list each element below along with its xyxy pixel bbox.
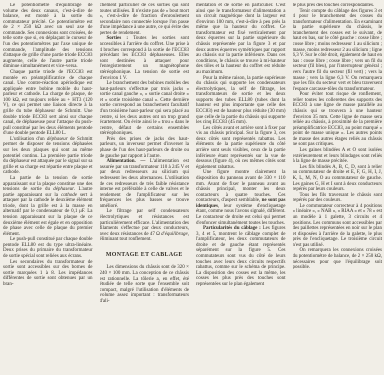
text-run: Pour la même raison, la partie supérieur… — [196, 76, 286, 126]
text-run: Sorties : — [107, 36, 129, 41]
paragraph: Tous les fils traversant le châssis sont… — [293, 193, 383, 204]
text-run: Toutes les sorties sont accessibles à l'… — [100, 36, 190, 80]
text-run: Chaque partie triode de l'ECC83 est mont… — [3, 70, 93, 136]
text-run: On remarquera les connexions croisées du… — [293, 248, 383, 270]
text-run: Le push-pull constitué par chaque double… — [3, 237, 93, 259]
text-run: Le branchement des bobines mobiles des h… — [100, 81, 190, 136]
paragraph: Alimentation. — L'alimentation est assur… — [100, 159, 190, 209]
text-run: L'utilisation d'un — [10, 137, 47, 142]
paragraph: La partie de la tension de sortie appara… — [3, 176, 93, 237]
text-run: chement particulier de ces sorties qui s… — [100, 3, 190, 36]
paragraph: Les secondaires du transformateur de sor… — [3, 260, 93, 288]
article-page: Le potentiomètre d'équilibrage de volume… — [0, 0, 384, 375]
text-run: Près des prises de jacks des haut-parleu… — [100, 137, 190, 159]
paragraph: Une figure montre clairement la disposit… — [196, 170, 286, 226]
paragraph: mentation et de sortie en particulier. C… — [196, 3, 286, 76]
text-run: Les gaines blindées A et O sont isolées … — [293, 148, 383, 164]
paragraph: Près des prises de jacks des haut-parleu… — [100, 137, 190, 159]
text-column-2: chement particulier de ces sorties qui s… — [100, 3, 190, 375]
paragraph: Pour éviter tout risque de ronflement, r… — [293, 92, 383, 148]
text-run: Les figures 3, 4 et 5, montrent le câbla… — [196, 226, 286, 287]
text-run: Les dimensions du châssis sont de 320 × … — [100, 265, 190, 303]
text-run: Le commutateur correcteur à 4 positions … — [293, 204, 383, 248]
paragraph: Le potentiomètre d'équilibrage de volume… — [3, 3, 93, 70]
text-run: déphaseur — [53, 187, 74, 192]
paragraph: Les gaines blindées A et O sont isolées … — [293, 148, 383, 165]
text-run: Les fils blindés A, B, C, D, sont à reli… — [293, 165, 383, 192]
paragraph: Le commutateur correcteur à 4 positions … — [293, 204, 383, 249]
text-column-1: Le potentiomètre d'équilibrage de volume… — [3, 3, 93, 375]
paragraph: Les dimensions du châssis sont de 320 × … — [100, 265, 190, 304]
paragraph: On remarquera les connexions croisées du… — [293, 248, 383, 270]
paragraph: Les fils blindés A, B, C, D, sont à reli… — [293, 165, 383, 193]
text-run: déphaseur — [47, 137, 68, 142]
paragraph: chement particulier de ces sorties qui s… — [100, 3, 190, 36]
text-run: L'alimentation est assurée par un transf… — [100, 159, 190, 209]
text-run: Tous les fils traversant le châssis sont… — [293, 193, 383, 204]
text-run: d'équilibrage — [161, 232, 188, 237]
text-run: Particularités du câblage : — [203, 226, 261, 231]
paragraph: Le filtrage par self condensateurs élect… — [100, 209, 190, 242]
text-run: Le potentiomètre d'équilibrage de volume… — [3, 3, 93, 69]
text-run: cathode — [61, 193, 77, 198]
text-run: Les secondaires du transformateur de sor… — [3, 260, 93, 287]
paragraph: Pour la même raison, la partie supérieur… — [196, 76, 286, 126]
text-run: Alimentation. — — [107, 159, 146, 164]
text-column-4: le plus près des touches correspondantes… — [293, 3, 383, 375]
paragraph: Les côtés avant et arrière sont à fixer … — [196, 126, 286, 171]
text-run: de Schmitt permet de disposer de tension… — [3, 137, 93, 175]
text-run: sert à attaquer par la cathode le deuxiè… — [3, 193, 93, 237]
paragraph: Le branchement des bobines mobiles des h… — [100, 81, 190, 137]
section-heading: MONTAGE ET CABLAGE — [100, 253, 190, 259]
text-run: Tenir compte du câblage des figures 3 et… — [293, 9, 383, 92]
paragraph: L'utilisation d'un déphaseur de Schmitt … — [3, 137, 93, 176]
text-run: mentation et de sortie en particulier. C… — [196, 3, 286, 75]
paragraph: Le push-pull constitué par chaque double… — [3, 237, 93, 259]
paragraph: Particularités du câblage : Les figures … — [196, 226, 286, 287]
paragraph: Tenir compte du câblage des figures 3 et… — [293, 9, 383, 93]
text-run: le plus près des touches correspondantes… — [293, 3, 375, 8]
text-run: Les côtés avant et arrière sont à fixer … — [196, 126, 286, 170]
paragraph: Chaque partie triode de l'ECC83 est mont… — [3, 70, 93, 137]
text-column-3: mentation et de sortie en particulier. C… — [196, 3, 286, 375]
paragraph: Sorties : Toutes les sorties sont access… — [100, 36, 190, 81]
text-run: Pour éviter tout risque de ronflement, r… — [293, 92, 383, 147]
